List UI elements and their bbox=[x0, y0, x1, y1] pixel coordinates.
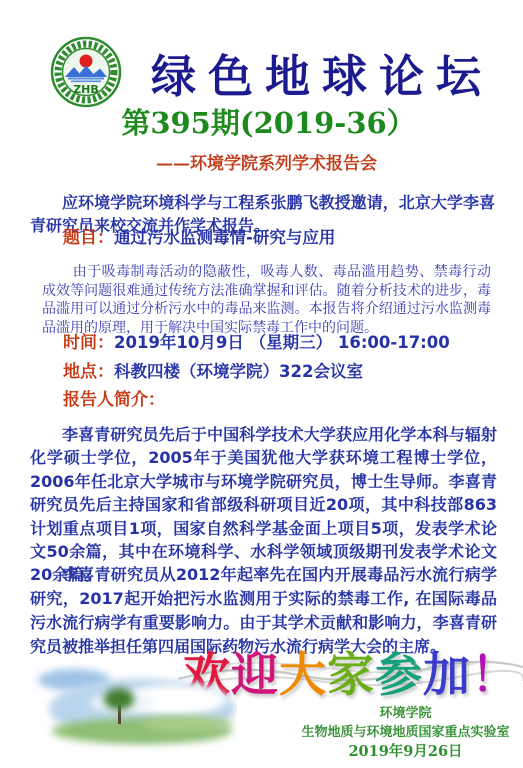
topic-line: 题目：通过污水监测毒情-研究与应用 bbox=[63, 223, 499, 248]
time-label: 时间： bbox=[63, 333, 114, 353]
logo-emblem-icon: ZHB bbox=[50, 36, 122, 108]
topic-label: 题目： bbox=[63, 228, 114, 248]
footer-lab: 生物地质与环境地质国家重点实验室 bbox=[288, 723, 523, 742]
abstract-paragraph: 由于吸毒制毒活动的隐蔽性，吸毒人数、毒品滥用趋势、禁毒行动成效等问题很难通过传统… bbox=[42, 263, 491, 337]
zhb-environmental-logo-icon: ZHB bbox=[50, 36, 122, 108]
topic-value: 通过污水监测毒情-研究与应用 bbox=[114, 228, 335, 247]
tree-meadow-icon bbox=[22, 663, 237, 761]
welcome-char: 迎 bbox=[231, 648, 279, 703]
welcome-char: 参 bbox=[375, 648, 423, 703]
welcome-char: 大 bbox=[279, 648, 327, 703]
welcome-char: 家 bbox=[327, 648, 375, 703]
venue-value: 科教四楼（环境学院）322会议室 bbox=[114, 362, 363, 381]
welcome-char: 加 bbox=[423, 648, 471, 703]
welcome-char: ！ bbox=[471, 648, 519, 703]
time-line: 时间：2019年10月9日 （星期三） 16:00-17:00 bbox=[63, 328, 499, 353]
lecture-poster: { "header": { "logo_text": "ZHB", "title… bbox=[0, 0, 523, 768]
series-subtitle: ——环境学院系列学术报告会 bbox=[0, 149, 523, 174]
venue-label: 地点： bbox=[63, 362, 114, 382]
bio-heading: 报告人简介： bbox=[63, 385, 165, 410]
footer-org: 环境学院 bbox=[288, 704, 523, 723]
time-value: 2019年10月9日 （星期三） 16:00-17:00 bbox=[114, 333, 450, 352]
svg-text:ZHB: ZHB bbox=[73, 83, 99, 96]
venue-line: 地点：科教四楼（环境学院）322会议室 bbox=[63, 357, 499, 382]
landscape-vignette-image bbox=[22, 663, 237, 761]
forum-title: 绿色地球论坛 bbox=[126, 40, 518, 105]
footer-date: 2019年9月26日 bbox=[288, 742, 523, 762]
issue-number: 第395期(2019-36） bbox=[0, 101, 523, 142]
footer-signature: 环境学院 生物地质与环境地质国家重点实验室 2019年9月26日 bbox=[288, 704, 523, 762]
